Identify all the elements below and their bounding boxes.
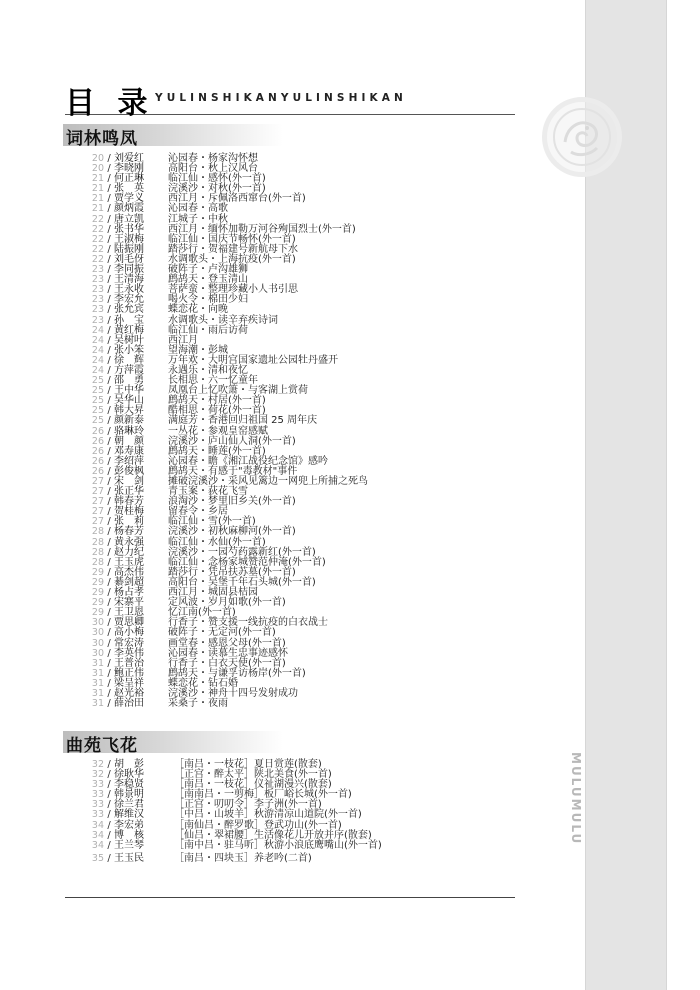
- work-title: ［南吕・四块玉］养老吟(二首): [174, 853, 312, 864]
- page-number: 28: [88, 527, 104, 537]
- page-number: 23: [88, 305, 104, 315]
- page-number: 21: [88, 204, 104, 214]
- separator: /: [104, 854, 114, 864]
- toc-list-cilin: 20/刘爱红沁园春・杨家沟怀想20/李晓刚高阳台・秋上汉风台21/何正琳临江仙・…: [88, 154, 368, 709]
- author-name: 常宏涛: [114, 639, 168, 649]
- author-name: 颜新泰: [114, 416, 168, 426]
- dragon-emblem-glyph: [547, 102, 617, 172]
- section-title: 词林鸣凤: [66, 124, 138, 149]
- author-name: 王玉民: [114, 854, 174, 864]
- author-name: 薛治田: [114, 699, 168, 709]
- separator: /: [104, 699, 114, 709]
- toc-list-quyuan: 32/胡 彭［南吕・一枝花］夏日赏莲(散套)32/徐耿华［正宫・醉太平］陕北美食…: [88, 760, 382, 864]
- separator: /: [104, 527, 114, 537]
- separator: /: [104, 305, 114, 315]
- page-number: 34: [88, 841, 104, 851]
- separator: /: [104, 841, 114, 851]
- toc-entry[interactable]: 31/薛治田采桑子・夜雨: [88, 699, 368, 709]
- separator: /: [104, 204, 114, 214]
- section-header-cilin: 词林鸣凤: [63, 124, 283, 146]
- page-number: 35: [88, 854, 104, 864]
- vertical-label: MULUMULU: [563, 752, 583, 845]
- author-name: 张允宾: [114, 305, 168, 315]
- page-subtitle: YULINSHIKANYULINSHIKAN: [155, 92, 407, 104]
- author-name: 高小梅: [114, 628, 168, 638]
- work-title: 采桑子・夜雨: [168, 698, 228, 709]
- page-title: 目 录: [65, 78, 153, 122]
- section-header-quyuan: 曲苑飞花: [63, 731, 283, 753]
- toc-entry[interactable]: 34/王兰琴［南中吕・驻马听］秋游小浪底鹰嘴山(外一首): [88, 841, 382, 851]
- page-number: 31: [88, 699, 104, 709]
- separator: /: [104, 628, 114, 638]
- separator: /: [104, 416, 114, 426]
- page-number: 30: [88, 639, 104, 649]
- toc-entry[interactable]: 35/王玉民［南吕・四块玉］养老吟(二首): [88, 854, 382, 864]
- page-number: 30: [88, 628, 104, 638]
- author-name: 王兰琴: [114, 841, 174, 851]
- page-number: 25: [88, 416, 104, 426]
- author-name: 杨春芳: [114, 527, 168, 537]
- page-header: 目 录 YULINSHIKANYULINSHIKAN: [65, 80, 515, 115]
- page-number: 23: [88, 316, 104, 326]
- author-name: 颜炳霞: [114, 204, 168, 214]
- bottom-divider: [65, 897, 515, 898]
- separator: /: [104, 639, 114, 649]
- section-title: 曲苑飞花: [66, 731, 138, 756]
- author-name: 孙 宝: [114, 316, 168, 326]
- separator: /: [104, 316, 114, 326]
- work-title: ［南中吕・驻马听］秋游小浪底鹰嘴山(外一首): [174, 840, 382, 851]
- author-name: 解维汉: [114, 810, 174, 820]
- page-number: 33: [88, 810, 104, 820]
- dragon-emblem-icon: [542, 97, 622, 177]
- separator: /: [104, 810, 114, 820]
